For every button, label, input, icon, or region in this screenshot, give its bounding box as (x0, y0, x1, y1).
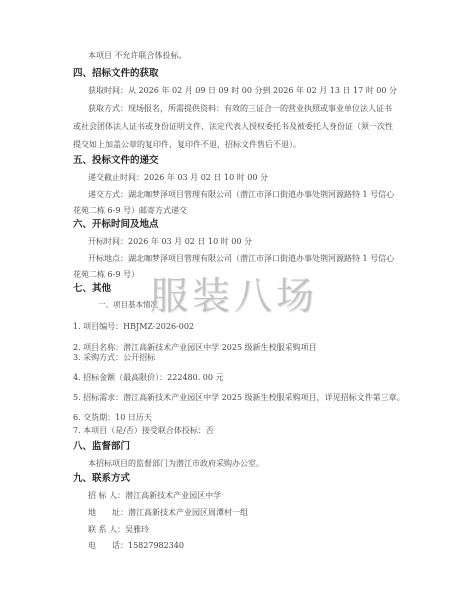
submit-method-line-2: 花苑二栋 6-9 号）邮寄方式递交 (73, 206, 187, 216)
contact-value: 吴雅玲 (125, 525, 149, 534)
submit-deadline: 递交截止时间：2026 年 03 月 02 日 10 时 00 分 (88, 173, 268, 183)
section-5-heading: 五、投标文件的递交 (73, 155, 159, 167)
contact-value: 潜江高新技术产业园区周潭村一组 (128, 508, 248, 517)
opening-place-line-1: 开标地点：湖北咖梦泽项目管理有限公司（潜江市泽口街道办事处荆河源路特 1 号信心 (88, 254, 394, 264)
item-delivery-period: 6. 交货期：10 日历天 (73, 413, 152, 423)
acquire-method-line-3: 提交如上加盖公章的复印件，复印件不退，招标文件售后不退）。 (73, 140, 301, 150)
acquire-method-line-2: 或社会团体法人证书或身份证明文件、法定代表人授权委托书及被委托人身份证（须一次性 (73, 122, 393, 132)
section-9-heading: 九、联系方式 (73, 473, 130, 485)
section-7-heading: 七、其他 (73, 283, 111, 295)
watermark: 服装八场 (150, 272, 318, 320)
item-consortium: 7. 本项目（是/否）接受联合体投标：否 (73, 426, 214, 436)
submit-method-line-1: 递交方式：湖北咖梦泽项目管理有限公司（潜江市泽口街道办事处荆河源路特 1 号信心 (88, 190, 394, 200)
opening-time: 开标时间：2026 年 03 月 02 日 10 时 00 分 (88, 237, 252, 247)
section-8-heading: 八、监督部门 (73, 441, 130, 453)
item-project-number: 1. 项目编号：HBJMZ-2026-002 (73, 322, 194, 332)
contact-phone: 电 话：15827982340 (88, 541, 184, 551)
contact-label: 联 系 人： (88, 525, 125, 534)
contact-label: 地 址： (88, 508, 128, 517)
item-bid-amount: 4. 招标金额（最高限价）：222480. 00 元 (73, 373, 224, 383)
section-4-heading: 四、招标文件的获取 (73, 68, 159, 80)
contact-label: 电 话： (88, 541, 128, 550)
supervision-text: 本招标项目的监督部门为潜江市政府采购办公室。 (88, 459, 264, 469)
acquire-time: 获取时间：从 2026 年 02 月 09 日 09 时 00 分到 2026 … (88, 86, 397, 96)
section-6-heading: 六、开标时间及地点 (73, 219, 159, 231)
item-requirements: 5. 招标需求：潜江高新技术产业园区中学 2025 级新生校服采购项目，详见招标… (73, 393, 405, 403)
item-procurement-method: 3. 采购方式：公开招标 (73, 353, 155, 363)
contact-address: 地 址：潜江高新技术产业园区周潭村一组 (88, 508, 248, 518)
project-basics-subheading: 一、项目基本情况 (98, 300, 158, 310)
contact-tenderer: 招 标 人：潜江高新技术产业园区中学 (88, 491, 221, 501)
opening-place-line-2: 花苑二栋 6-9 号） (73, 270, 139, 280)
contact-value: 15827982340 (128, 541, 184, 550)
contact-person: 联 系 人：吴雅玲 (88, 525, 149, 535)
intro-text: 本项目 不允许联合体投标。 (88, 51, 187, 61)
acquire-method-line-1: 获取方式：现场报名，所需提供资料：有效的三证合一的营业执照或事业单位法人证书 (88, 104, 392, 114)
contact-label: 招 标 人： (88, 491, 125, 500)
contact-value: 潜江高新技术产业园区中学 (125, 491, 221, 500)
item-project-name: 2. 项目名称：潜江高新技术产业园区中学 2025 级新生校服采购项目 (73, 343, 317, 353)
